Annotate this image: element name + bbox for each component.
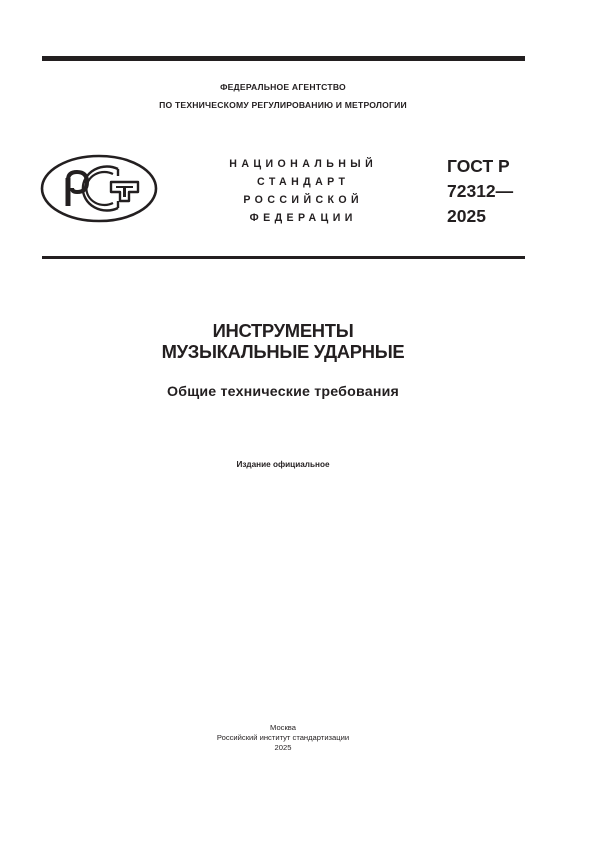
document-title: ИНСТРУМЕНТЫ МУЗЫКАЛЬНЫЕ УДАРНЫЕ	[0, 320, 566, 362]
standard-type-block: НАЦИОНАЛЬНЫЙ СТАНДАРТ РОССИЙСКОЙ ФЕДЕРАЦ…	[200, 155, 402, 227]
standard-type-line-3: РОССИЙСКОЙ	[200, 191, 406, 209]
agency-name-line-1: ФЕДЕРАЛЬНОЕ АГЕНТСТВО	[0, 82, 566, 92]
imprint-publisher: Российский институт стандартизации	[0, 733, 566, 743]
designation-line-2: 72312—	[447, 179, 513, 204]
designation-line-1: ГОСТ Р	[447, 154, 513, 179]
imprint-year: 2025	[0, 743, 566, 753]
imprint-city: Москва	[0, 723, 566, 733]
header-bottom-rule	[42, 256, 525, 259]
title-line-1: ИНСТРУМЕНТЫ	[0, 320, 566, 341]
standard-type-line-4: ФЕДЕРАЦИИ	[200, 209, 406, 227]
standard-type-line-1: НАЦИОНАЛЬНЫЙ	[200, 155, 406, 173]
document-subtitle: Общие технические требования	[0, 383, 566, 401]
rst-gost-emblem-icon	[40, 154, 158, 223]
standard-type-line-2: СТАНДАРТ	[200, 173, 406, 191]
edition-note: Издание официальное	[0, 460, 566, 470]
agency-name-line-2: ПО ТЕХНИЧЕСКОМУ РЕГУЛИРОВАНИЮ И МЕТРОЛОГ…	[0, 100, 566, 110]
imprint: Москва Российский институт стандартизаци…	[0, 723, 566, 753]
designation-line-3: 2025	[447, 204, 513, 229]
standard-designation: ГОСТ Р 72312— 2025	[447, 154, 513, 229]
title-line-2: МУЗЫКАЛЬНЫЕ УДАРНЫЕ	[0, 341, 566, 362]
top-rule	[42, 56, 525, 61]
